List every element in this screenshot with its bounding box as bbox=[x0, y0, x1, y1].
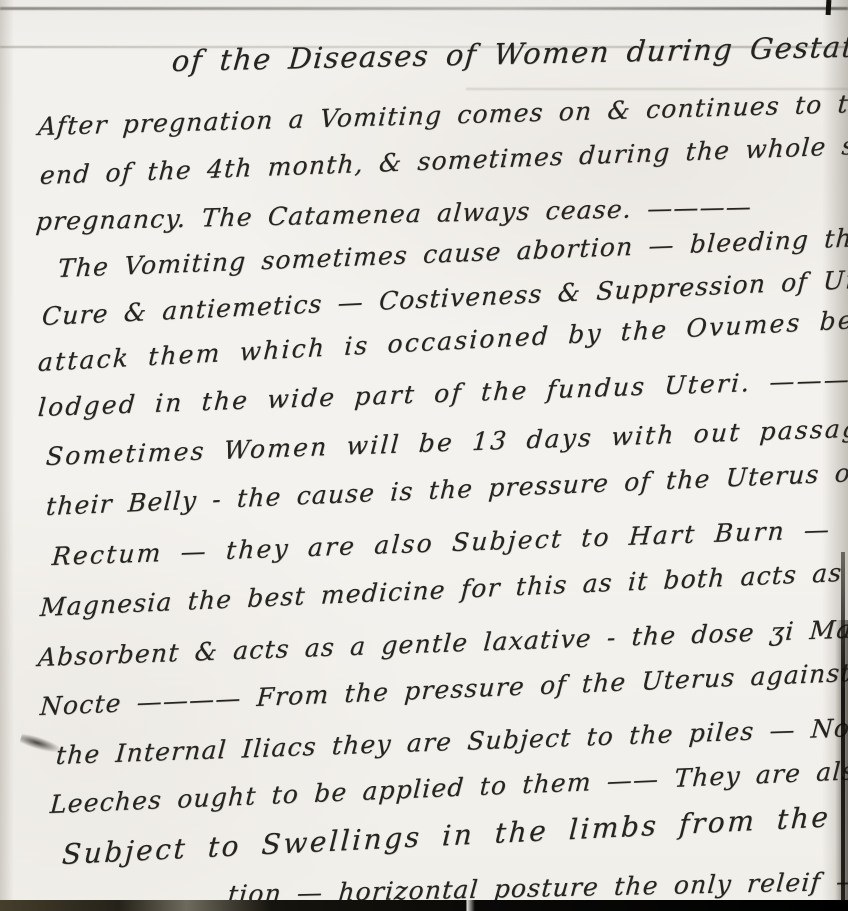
page-heading: of the Diseases of Women during Gestatio… bbox=[171, 28, 848, 78]
manuscript-line: pregnancy. The Catamenea always cease. —… bbox=[35, 192, 754, 236]
manuscript-line: Sometimes Women will be 13 days with out… bbox=[45, 411, 848, 471]
scan-border-bottom bbox=[0, 900, 848, 911]
page-edge-shadow bbox=[0, 0, 14, 911]
ink-smudge bbox=[19, 732, 63, 756]
page-fold-line bbox=[0, 7, 848, 10]
scan-artifact bbox=[826, 0, 832, 15]
manuscript-line: lodged in the wide part of the fundus Ut… bbox=[37, 365, 848, 422]
manuscript-line: After pregnation a Vomiting comes on & c… bbox=[37, 88, 848, 141]
page-fold-line bbox=[466, 88, 848, 90]
manuscript-page: of the Diseases of Women during Gestatio… bbox=[0, 0, 848, 911]
scan-artifact bbox=[841, 552, 845, 900]
